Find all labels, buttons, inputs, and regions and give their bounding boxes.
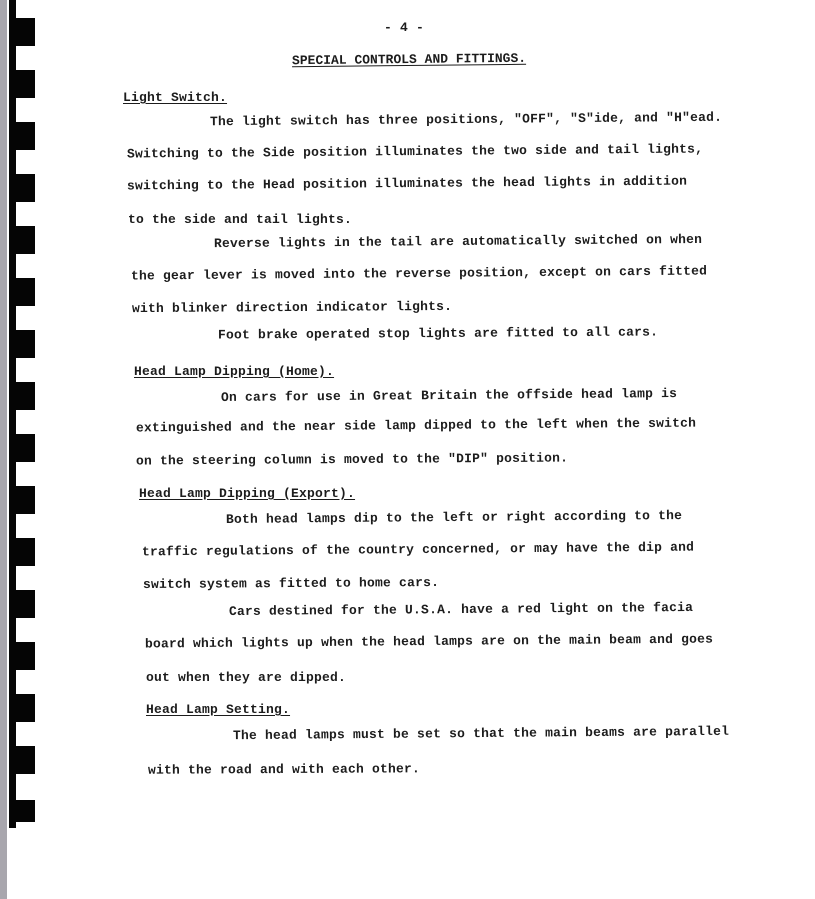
paragraph-line: on the steering column is moved to the "… — [136, 450, 568, 468]
paragraph-line: board which lights up when the head lamp… — [145, 632, 713, 652]
binding-tooth — [12, 642, 35, 670]
paragraph-line: the gear lever is moved into the reverse… — [131, 263, 707, 283]
paragraph-line: The light switch has three positions, "O… — [210, 110, 722, 129]
section-heading-dipping-home: Head Lamp Dipping (Home). — [134, 364, 334, 379]
page-title: SPECIAL CONTROLS AND FITTINGS. — [292, 51, 526, 68]
paragraph-line: The head lamps must be set so that the m… — [233, 724, 729, 743]
paragraph-line: out when they are dipped. — [146, 670, 346, 685]
paragraph-line: traffic regulations of the country conce… — [142, 540, 694, 560]
binding-tooth — [12, 70, 35, 98]
binding-tooth — [12, 590, 35, 618]
paragraph-line: with the road and with each other. — [148, 761, 420, 777]
page-number: - 4 - — [384, 20, 424, 35]
paragraph-line: switch system as fitted to home cars. — [143, 575, 439, 592]
binding-tooth — [12, 434, 35, 462]
binding-tooth — [12, 382, 35, 410]
binding-tooth — [12, 174, 35, 202]
section-heading-lamp-setting: Head Lamp Setting. — [146, 702, 290, 717]
binding-tooth — [12, 330, 35, 358]
binding-tooth — [12, 746, 35, 774]
paragraph-line: extinguished and the near side lamp dipp… — [136, 416, 696, 436]
binding-tooth — [12, 800, 35, 822]
paragraph-line: Switching to the Side position illuminat… — [127, 141, 703, 161]
binding-tooth — [12, 694, 35, 722]
binding-tooth — [12, 278, 35, 306]
binding-tooth — [12, 122, 35, 150]
paragraph-line: Cars destined for the U.S.A. have a red … — [229, 600, 693, 619]
section-heading-dipping-export: Head Lamp Dipping (Export). — [139, 486, 355, 501]
binding-tooth — [12, 18, 35, 46]
binding-tooth — [12, 538, 35, 566]
paragraph-line: Foot brake operated stop lights are fitt… — [218, 324, 658, 342]
scan-edge — [0, 0, 7, 899]
paragraph-line: switching to the Head position illuminat… — [127, 174, 687, 194]
paragraph-line: On cars for use in Great Britain the off… — [221, 386, 677, 405]
paragraph-line: with blinker direction indicator lights. — [132, 299, 452, 316]
paragraph-line: to the side and tail lights. — [128, 212, 352, 227]
paragraph-line: Both head lamps dip to the left or right… — [226, 508, 682, 527]
section-heading-light-switch: Light Switch. — [123, 90, 227, 105]
binding-tooth — [12, 486, 35, 514]
paragraph-line: Reverse lights in the tail are automatic… — [214, 232, 702, 251]
binding-tooth — [12, 226, 35, 254]
